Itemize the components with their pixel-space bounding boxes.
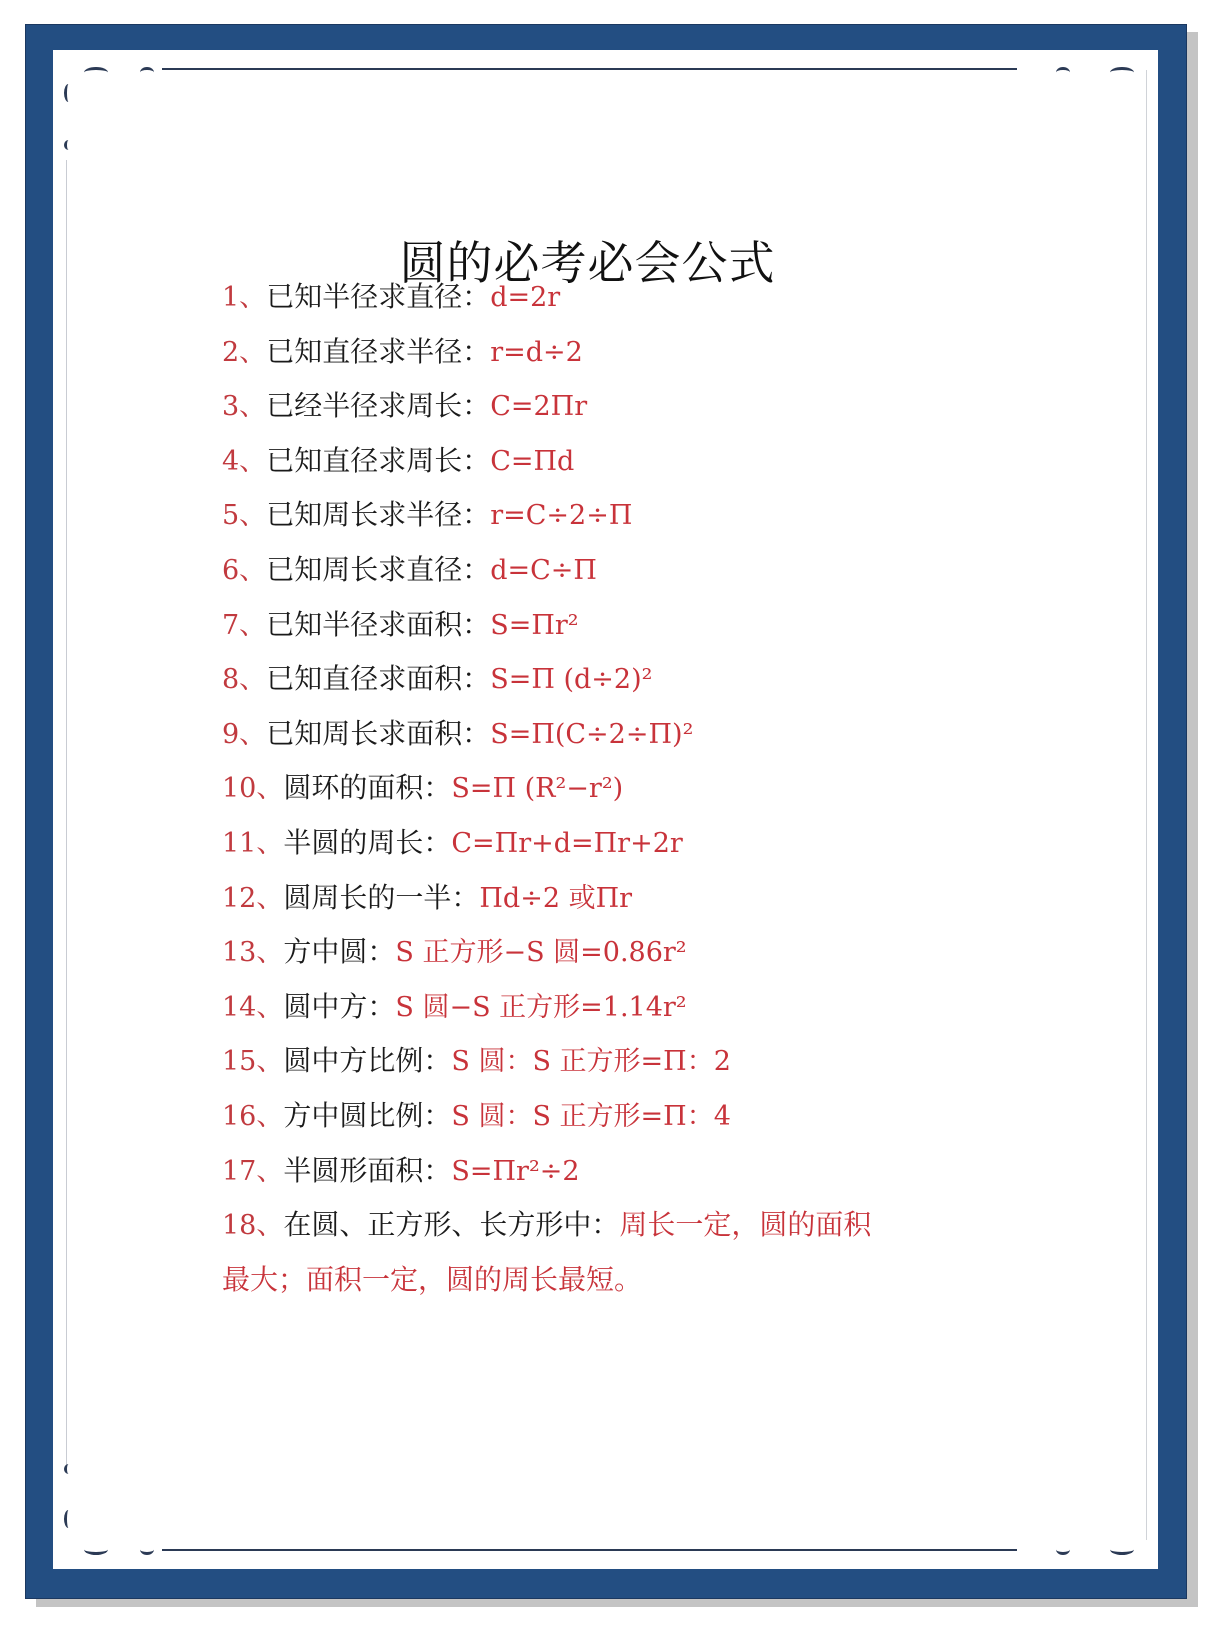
- decorative-border-left: [66, 160, 67, 1470]
- item-formula: S=Π (d÷2)²: [490, 664, 652, 695]
- item-formula: S 圆：S 正方形=Π：2: [451, 1046, 731, 1077]
- formula-item: 9、已知周长求面积：S=Π(C÷2÷Π)²: [222, 707, 982, 762]
- item-formula: C=Πd: [490, 446, 574, 477]
- corner-curl-icon: [140, 67, 154, 78]
- corner-curl-icon: [1110, 1544, 1134, 1555]
- formula-item-continuation: 最大；面积一定，圆的周长最短。: [222, 1253, 982, 1308]
- item-number: 2、: [222, 337, 266, 368]
- item-formula: r=d÷2: [490, 337, 583, 368]
- item-formula: S 圆−S 正方形=1.14r²: [395, 992, 686, 1023]
- item-number: 13、: [222, 937, 283, 968]
- item-label: 已知周长求直径：: [266, 553, 490, 586]
- corner-curl-icon: [1056, 67, 1070, 78]
- item-label: 方中圆比例：: [283, 1099, 451, 1132]
- formula-item: 7、已知半径求面积：S=Πr²: [222, 598, 982, 653]
- item-formula: 周长一定，圆的面积: [619, 1208, 871, 1241]
- item-formula: S=Π (R²−r²): [451, 773, 623, 804]
- item-label: 圆环的面积：: [283, 771, 451, 804]
- item-formula: S 正方形−S 圆=0.86r²: [395, 937, 686, 968]
- item-label: 已知直径求半径：: [266, 335, 490, 368]
- item-number: 3、: [222, 391, 266, 422]
- item-number: 9、: [222, 719, 266, 750]
- item-label: 已经半径求周长：: [266, 389, 490, 422]
- item-formula: S=Π(C÷2÷Π)²: [490, 719, 693, 750]
- item-number: 8、: [222, 664, 266, 695]
- item-formula: d=C÷Π: [490, 555, 597, 586]
- formula-item: 4、已知直径求周长：C=Πd: [222, 434, 982, 489]
- item-label: 已知直径求面积：: [266, 662, 490, 695]
- item-number: 14、: [222, 992, 283, 1023]
- formula-list: 1、已知半径求直径：d=2r 2、已知直径求半径：r=d÷2 3、已经半径求周长…: [222, 270, 982, 1307]
- item-number: 17、: [222, 1156, 283, 1187]
- formula-item: 2、已知直径求半径：r=d÷2: [222, 325, 982, 380]
- item-label: 半圆形面积：: [283, 1154, 451, 1187]
- item-formula: S 圆：S 正方形=Π：4: [451, 1101, 731, 1132]
- item-formula: C=Πr+d=Πr+2r: [451, 828, 682, 859]
- item-number: 11、: [222, 828, 283, 859]
- item-label: 已知直径求周长：: [266, 444, 490, 477]
- corner-curl-icon: [84, 1544, 108, 1555]
- item-number: 16、: [222, 1101, 283, 1132]
- formula-item: 5、已知周长求半径：r=C÷2÷Π: [222, 488, 982, 543]
- item-label: 方中圆：: [283, 935, 395, 968]
- side-curl-icon: [64, 1510, 73, 1528]
- item-number: 7、: [222, 610, 266, 641]
- item-number: 4、: [222, 446, 266, 477]
- item-number: 12、: [222, 883, 283, 914]
- decorative-border-top: [162, 68, 1017, 70]
- formula-item: 10、圆环的面积：S=Π (R²−r²): [222, 761, 982, 816]
- side-curl-icon: [64, 1464, 73, 1474]
- item-label: 已知半径求直径：: [266, 280, 490, 313]
- formula-item: 16、方中圆比例：S 圆：S 正方形=Π：4: [222, 1089, 982, 1144]
- item-formula: d=2r: [490, 282, 560, 313]
- item-label: 圆中方：: [283, 990, 395, 1023]
- formula-item: 17、半圆形面积：S=Πr²÷2: [222, 1144, 982, 1199]
- item-label: 在圆、正方形、长方形中：: [283, 1208, 619, 1241]
- item-label: 已知周长求面积：: [266, 717, 490, 750]
- item-label: 已知周长求半径：: [266, 498, 490, 531]
- item-label: 已知半径求面积：: [266, 608, 490, 641]
- item-formula: r=C÷2÷Π: [490, 500, 632, 531]
- formula-item: 1、已知半径求直径：d=2r: [222, 270, 982, 325]
- item-label: 半圆的周长：: [283, 826, 451, 859]
- item-formula: Πd÷2 或Πr: [479, 883, 632, 914]
- formula-item: 11、半圆的周长：C=Πr+d=Πr+2r: [222, 816, 982, 871]
- item-label: 圆周长的一半：: [283, 881, 479, 914]
- corner-curl-icon: [84, 67, 108, 78]
- item-continuation-text: 最大；面积一定，圆的周长最短。: [222, 1263, 642, 1296]
- item-number: 6、: [222, 555, 266, 586]
- decorative-border-bottom: [162, 1549, 1017, 1551]
- item-number: 5、: [222, 500, 266, 531]
- formula-item: 15、圆中方比例：S 圆：S 正方形=Π：2: [222, 1034, 982, 1089]
- formula-item: 12、圆周长的一半：Πd÷2 或Πr: [222, 871, 982, 926]
- corner-curl-icon: [1110, 67, 1134, 78]
- formula-item: 3、已经半径求周长：C=2Πr: [222, 379, 982, 434]
- side-curl-icon: [64, 140, 73, 150]
- side-curl-icon: [64, 84, 73, 102]
- item-number: 10、: [222, 773, 283, 804]
- corner-curl-icon: [140, 1544, 154, 1555]
- formula-item: 13、方中圆：S 正方形−S 圆=0.86r²: [222, 925, 982, 980]
- item-number: 15、: [222, 1046, 283, 1077]
- formula-item: 8、已知直径求面积：S=Π (d÷2)²: [222, 652, 982, 707]
- item-number: 1、: [222, 282, 266, 313]
- item-number: 18、: [222, 1210, 283, 1241]
- formula-item: 6、已知周长求直径：d=C÷Π: [222, 543, 982, 598]
- formula-item: 14、圆中方：S 圆−S 正方形=1.14r²: [222, 980, 982, 1035]
- item-formula: S=Πr²÷2: [451, 1156, 579, 1187]
- item-formula: S=Πr²: [490, 610, 578, 641]
- corner-curl-icon: [1056, 1544, 1070, 1555]
- item-formula: C=2Πr: [490, 391, 587, 422]
- item-label: 圆中方比例：: [283, 1044, 451, 1077]
- formula-item: 18、在圆、正方形、长方形中：周长一定，圆的面积: [222, 1198, 982, 1253]
